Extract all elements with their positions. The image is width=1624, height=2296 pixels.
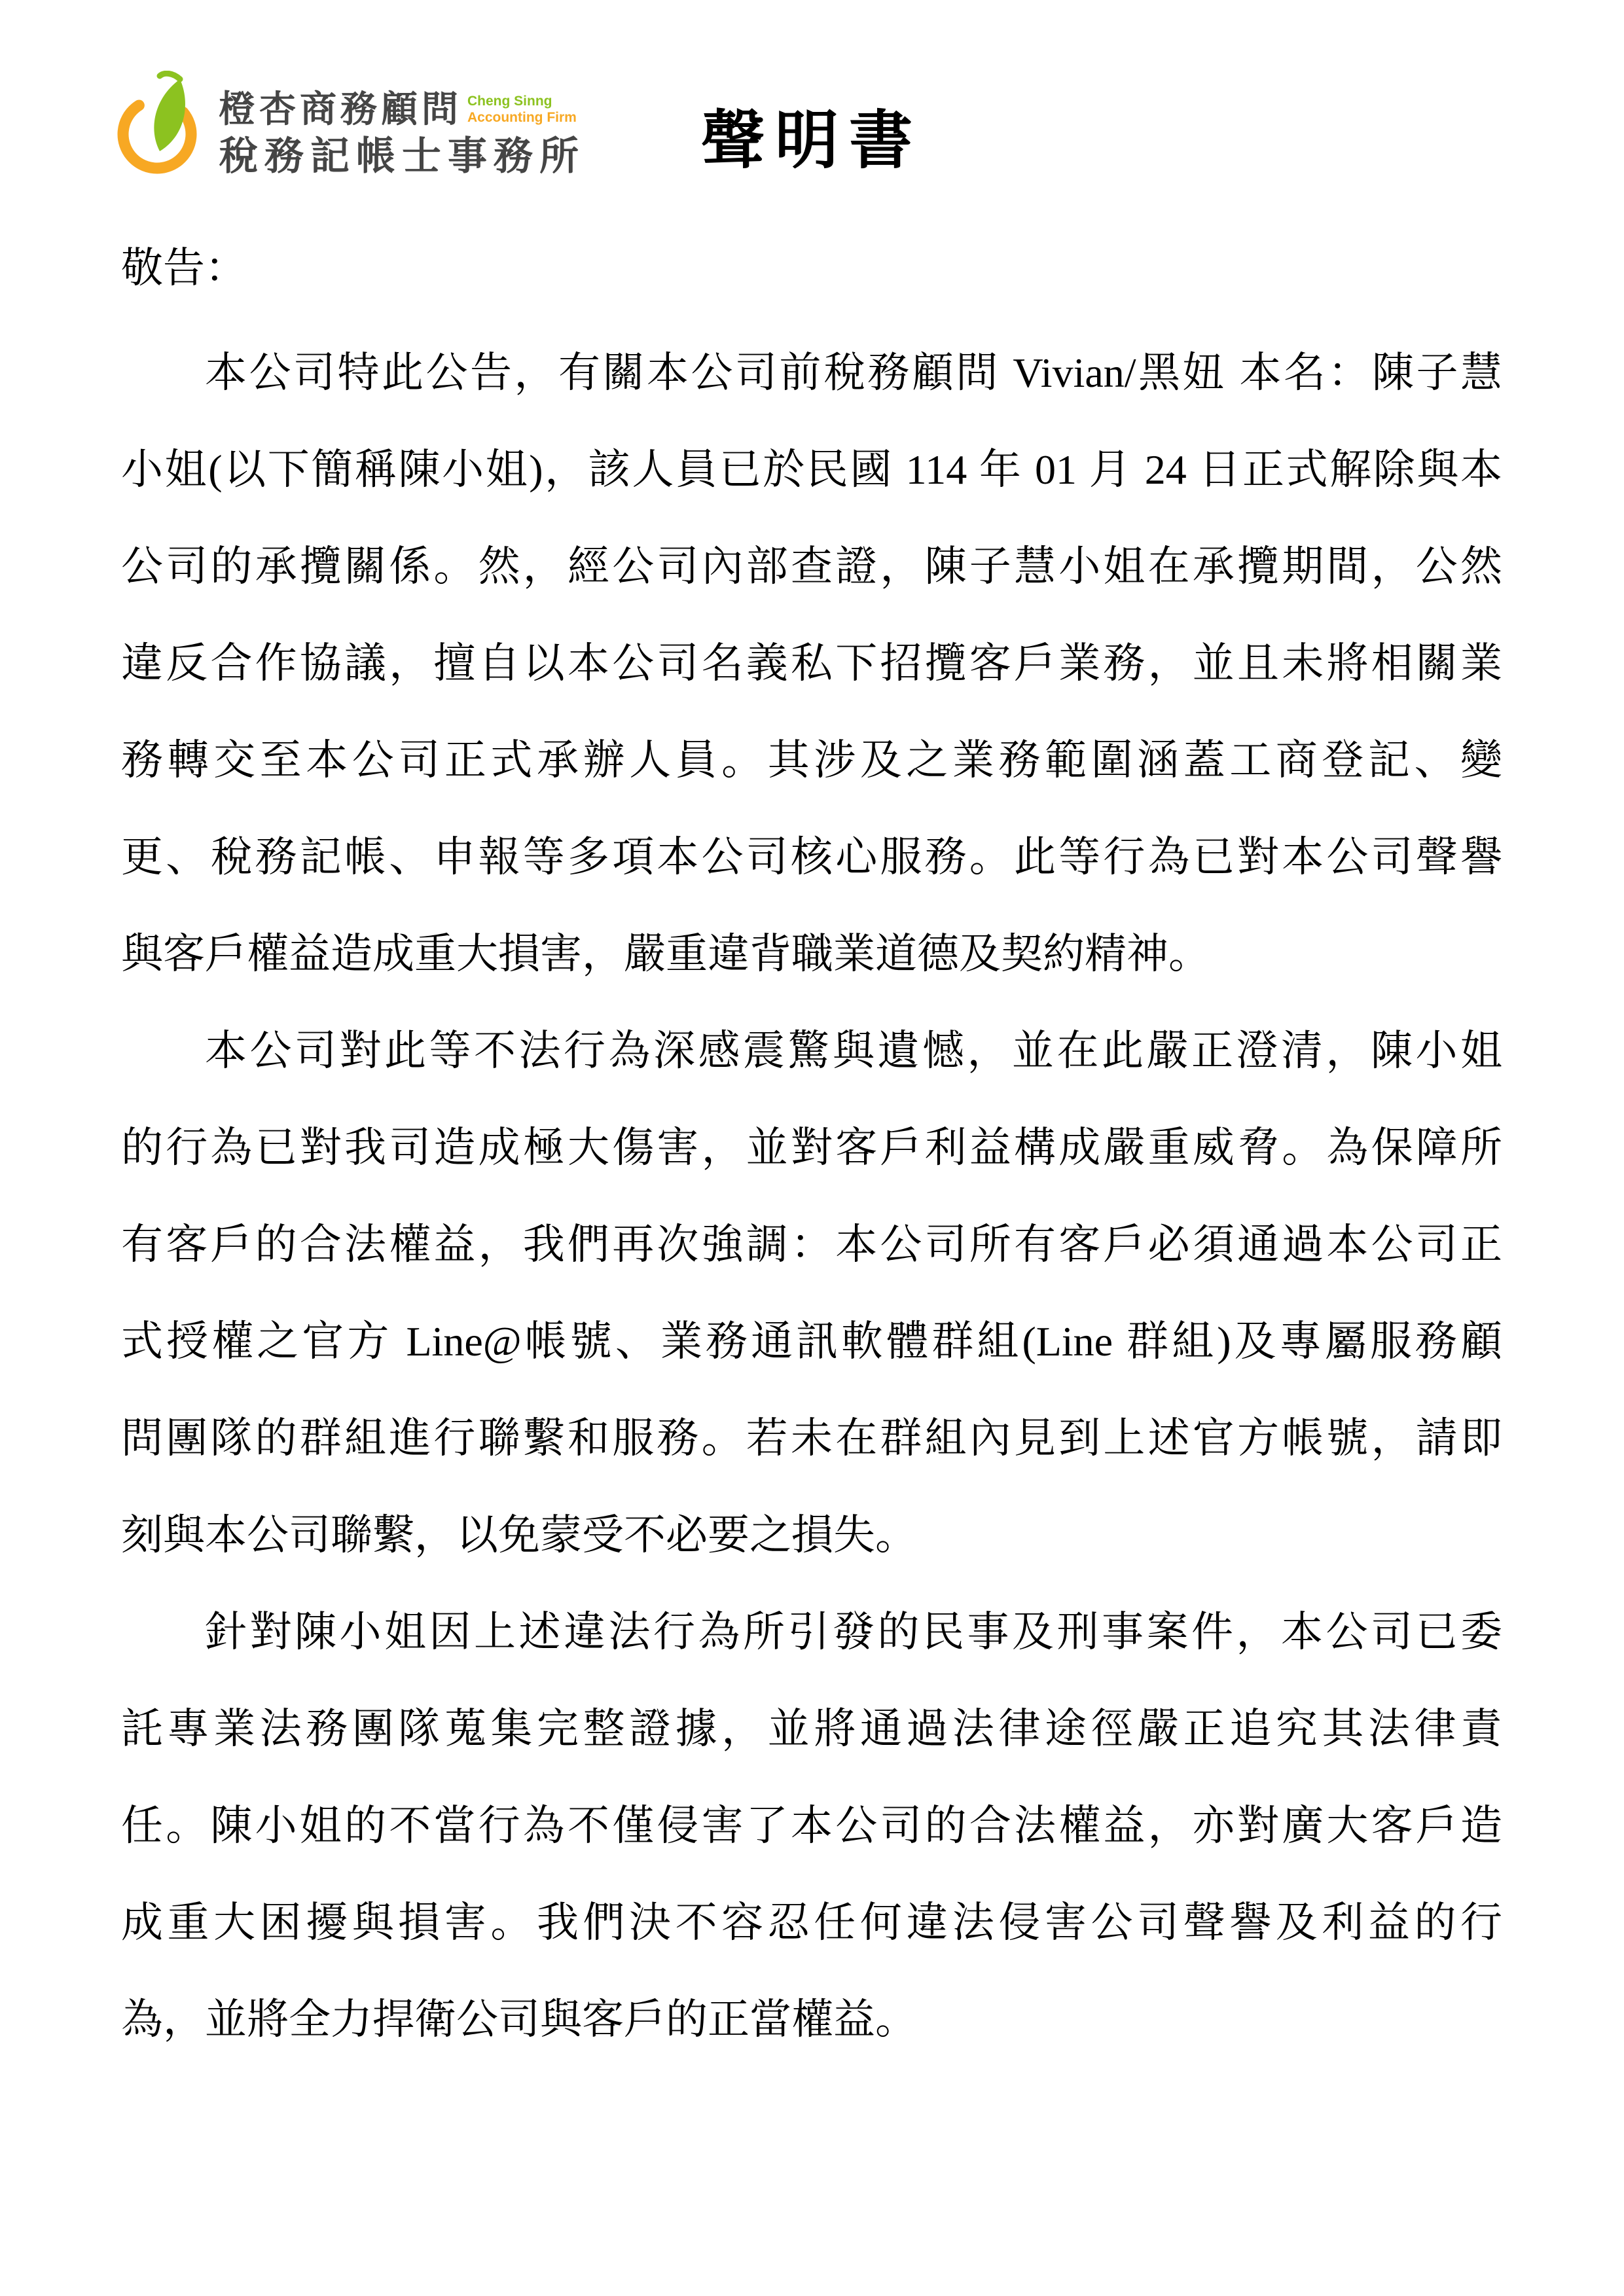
text-line: 小姐(以下簡稱陳小姐)，該人員已於民國 114 年 01 月 24 日正式解除與…	[121, 422, 1502, 518]
text-line: 成重大困擾與損害。我們決不容忍任何違法侵害公司聲譽及利益的行	[121, 1874, 1502, 1971]
text-line: 務轉交至本公司正式承辦人員。其涉及之業務範圍涵蓋工商登記、變	[121, 712, 1502, 809]
text-line: 為，並將全力捍衛公司與客戶的正當權益。	[121, 1971, 1502, 2068]
document-body: 敬告： 本公司特此公告，有關本公司前稅務顧問 Vivian/黑妞 本名：陳子慧小…	[121, 220, 1502, 2068]
text-line: 任。陳小姐的不當行為不僅侵害了本公司的合法權益，亦對廣大客戶造	[121, 1778, 1502, 1874]
text-line: 更、稅務記帳、申報等多項本公司核心服務。此等行為已對本公司聲譽	[121, 809, 1502, 906]
text-line: 式授權之官方 Line@帳號、業務通訊軟體群組(Line 群組)及專屬服務顧	[121, 1293, 1502, 1390]
paragraph: 本公司特此公告，有關本公司前稅務顧問 Vivian/黑妞 本名：陳子慧小姐(以下…	[121, 325, 1502, 1003]
paragraph: 針對陳小姐因上述違法行為所引發的民事及刑事案件，本公司已委託專業法務團隊蒐集完整…	[121, 1584, 1502, 2068]
text-line: 刻與本公司聯繫，以免蒙受不必要之損失。	[121, 1487, 1502, 1584]
paragraph: 本公司對此等不法行為深感震驚與遺憾，並在此嚴正澄清，陳小姐的行為已對我司造成極大…	[121, 1003, 1502, 1584]
text-line: 託專業法務團隊蒐集完整證據，並將通過法律途徑嚴正追究其法律責	[121, 1681, 1502, 1778]
text-line: 的行為已對我司造成極大傷害，並對客戶利益構成嚴重威脅。為保障所	[121, 1100, 1502, 1196]
text-line: 針對陳小姐因上述違法行為所引發的民事及刑事案件，本公司已委	[121, 1584, 1502, 1681]
salutation: 敬告：	[121, 220, 1502, 317]
document-page: 橙杏商務顧問 Cheng Sinng Accounting Firm 稅務記帳士…	[0, 0, 1624, 2296]
paragraphs: 本公司特此公告，有關本公司前稅務顧問 Vivian/黑妞 本名：陳子慧小姐(以下…	[121, 325, 1502, 2068]
text-line: 違反合作協議，擅自以本公司名義私下招攬客戶業務，並且未將相關業	[121, 615, 1502, 712]
text-line: 有客戶的合法權益，我們再次強調：本公司所有客戶必須通過本公司正	[121, 1196, 1502, 1293]
text-line: 公司的承攬關係。然，經公司內部查證，陳子慧小姐在承攬期間，公然	[121, 518, 1502, 615]
text-line: 本公司對此等不法行為深感震驚與遺憾，並在此嚴正澄清，陳小姐	[121, 1003, 1502, 1100]
text-line: 本公司特此公告，有關本公司前稅務顧問 Vivian/黑妞 本名：陳子慧	[121, 325, 1502, 422]
text-line: 問團隊的群組進行聯繫和服務。若未在群組內見到上述官方帳號，請即	[121, 1390, 1502, 1487]
page-title: 聲明書	[0, 89, 1624, 181]
text-line: 與客戶權益造成重大損害，嚴重違背職業道德及契約精神。	[121, 906, 1502, 1003]
